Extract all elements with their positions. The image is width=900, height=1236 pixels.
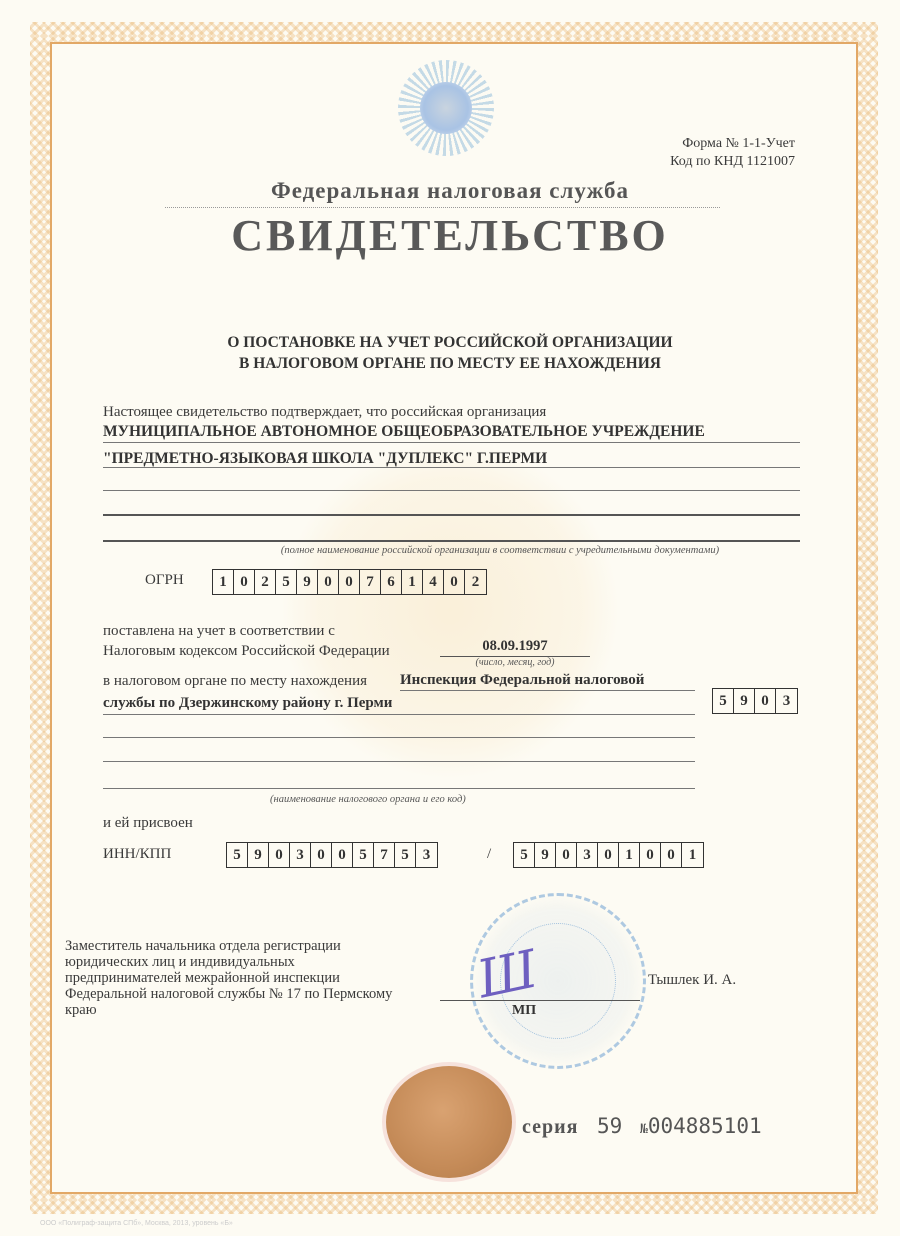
digit-cell: 0 [234,570,255,594]
organization-name: "ПРЕДМЕТНО-ЯЗЫКОВАЯ ШКОЛА "ДУПЛЕКС" Г.ПЕ… [103,450,547,468]
registration-text: Налоговым кодексом Российской Федерации [103,643,390,660]
digit-cell: 3 [577,843,598,867]
digit-cell: 0 [444,570,465,594]
digit-cell: 0 [311,843,332,867]
digit-cell: 7 [374,843,395,867]
digit-cell: 5 [395,843,416,867]
date-caption: (число, месяц, год) [440,657,590,668]
digit-cell: 0 [318,570,339,594]
document-subtitle: О ПОСТАНОВКЕ НА УЧЕТ РОССИЙСКОЙ ОРГАНИЗА… [0,334,900,352]
digit-cell: 9 [297,570,318,594]
number-value: 004885101 [648,1114,762,1138]
eagle-watermark [280,440,620,780]
underline [103,442,800,443]
form-code: Код по КНД 1121007 [670,154,795,170]
digit-cell: 7 [360,570,381,594]
digit-cell: 9 [248,843,269,867]
inn-boxes: 5903005753 [226,842,438,868]
agency-name: Федеральная налоговая служба [0,178,900,204]
underline [103,714,695,715]
underline [400,690,695,691]
underline [103,490,800,491]
divider [165,207,720,208]
stamp-place-label: МП [512,1003,536,1019]
registration-text: поставлена на учет в соответствии с [103,623,335,640]
inn-kpp-separator: / [487,846,491,863]
digit-cell: 0 [640,843,661,867]
digit-cell: 5 [514,843,535,867]
digit-cell: 0 [339,570,360,594]
underline [103,514,800,516]
digit-cell: 0 [755,689,776,713]
digit-cell: 3 [776,689,797,713]
tax-office-code-boxes: 5903 [712,688,798,714]
signer-name: Тышлек И. А. [648,972,736,989]
form-number: Форма № 1-1-Учет [682,136,795,152]
digit-cell: 2 [465,570,486,594]
series-label: серия [522,1116,578,1139]
tax-office-name: Инспекция Федеральной налоговой [400,672,644,689]
organization-caption: (полное наименование российской организа… [0,545,900,556]
tax-office-caption: (наименование налогового органа и его ко… [270,794,466,805]
digit-cell: 0 [332,843,353,867]
digit-cell: 6 [381,570,402,594]
ogrn-label: ОГРН [145,572,184,589]
number-sign: № [640,1122,648,1137]
digit-cell: 1 [682,843,703,867]
kpp-boxes: 590301001 [513,842,704,868]
signature-line [440,1000,640,1001]
registration-text: в налоговом органе по месту нахождения [103,673,367,690]
registration-date: 08.09.1997 [440,638,590,655]
coat-of-arms-icon [420,82,472,134]
underline [103,540,800,542]
digit-cell: 5 [353,843,374,867]
digit-cell: 0 [598,843,619,867]
digit-cell: 0 [269,843,290,867]
underline [103,467,800,468]
gold-seal-icon [386,1066,512,1178]
digit-cell: 4 [423,570,444,594]
organization-name: МУНИЦИПАЛЬНОЕ АВТОНОМНОЕ ОБЩЕОБРАЗОВАТЕЛ… [103,423,705,441]
digit-cell: 2 [255,570,276,594]
digit-cell: 3 [416,843,437,867]
digit-cell: 1 [619,843,640,867]
printer-imprint: ООО «Полиграф-защита СПб», Москва, 2013,… [40,1220,233,1227]
digit-cell: 1 [213,570,234,594]
underline [103,788,695,789]
digit-cell: 0 [556,843,577,867]
ogrn-boxes: 1025900761402 [212,569,487,595]
document-title: СВИДЕТЕЛЬСТВО [0,210,900,261]
inn-kpp-label: ИНН/КПП [103,846,171,863]
digit-cell: 1 [402,570,423,594]
series-value: 59 [597,1114,622,1138]
assigned-text: и ей присвоен [103,815,193,832]
certificate-number: №004885101 [640,1114,762,1138]
document-subtitle: В НАЛОГОВОМ ОРГАНЕ ПО МЕСТУ ЕЕ НАХОЖДЕНИ… [0,355,900,373]
digit-cell: 5 [227,843,248,867]
tax-office-name: службы по Дзержинскому району г. Перми [103,695,392,712]
signer-position: Заместитель начальника отдела регистраци… [65,938,405,1018]
digit-cell: 5 [713,689,734,713]
underline [103,761,695,762]
digit-cell: 5 [276,570,297,594]
underline [103,737,695,738]
digit-cell: 0 [661,843,682,867]
digit-cell: 3 [290,843,311,867]
intro-text: Настоящее свидетельство подтверждает, чт… [103,404,546,421]
digit-cell: 9 [535,843,556,867]
digit-cell: 9 [734,689,755,713]
